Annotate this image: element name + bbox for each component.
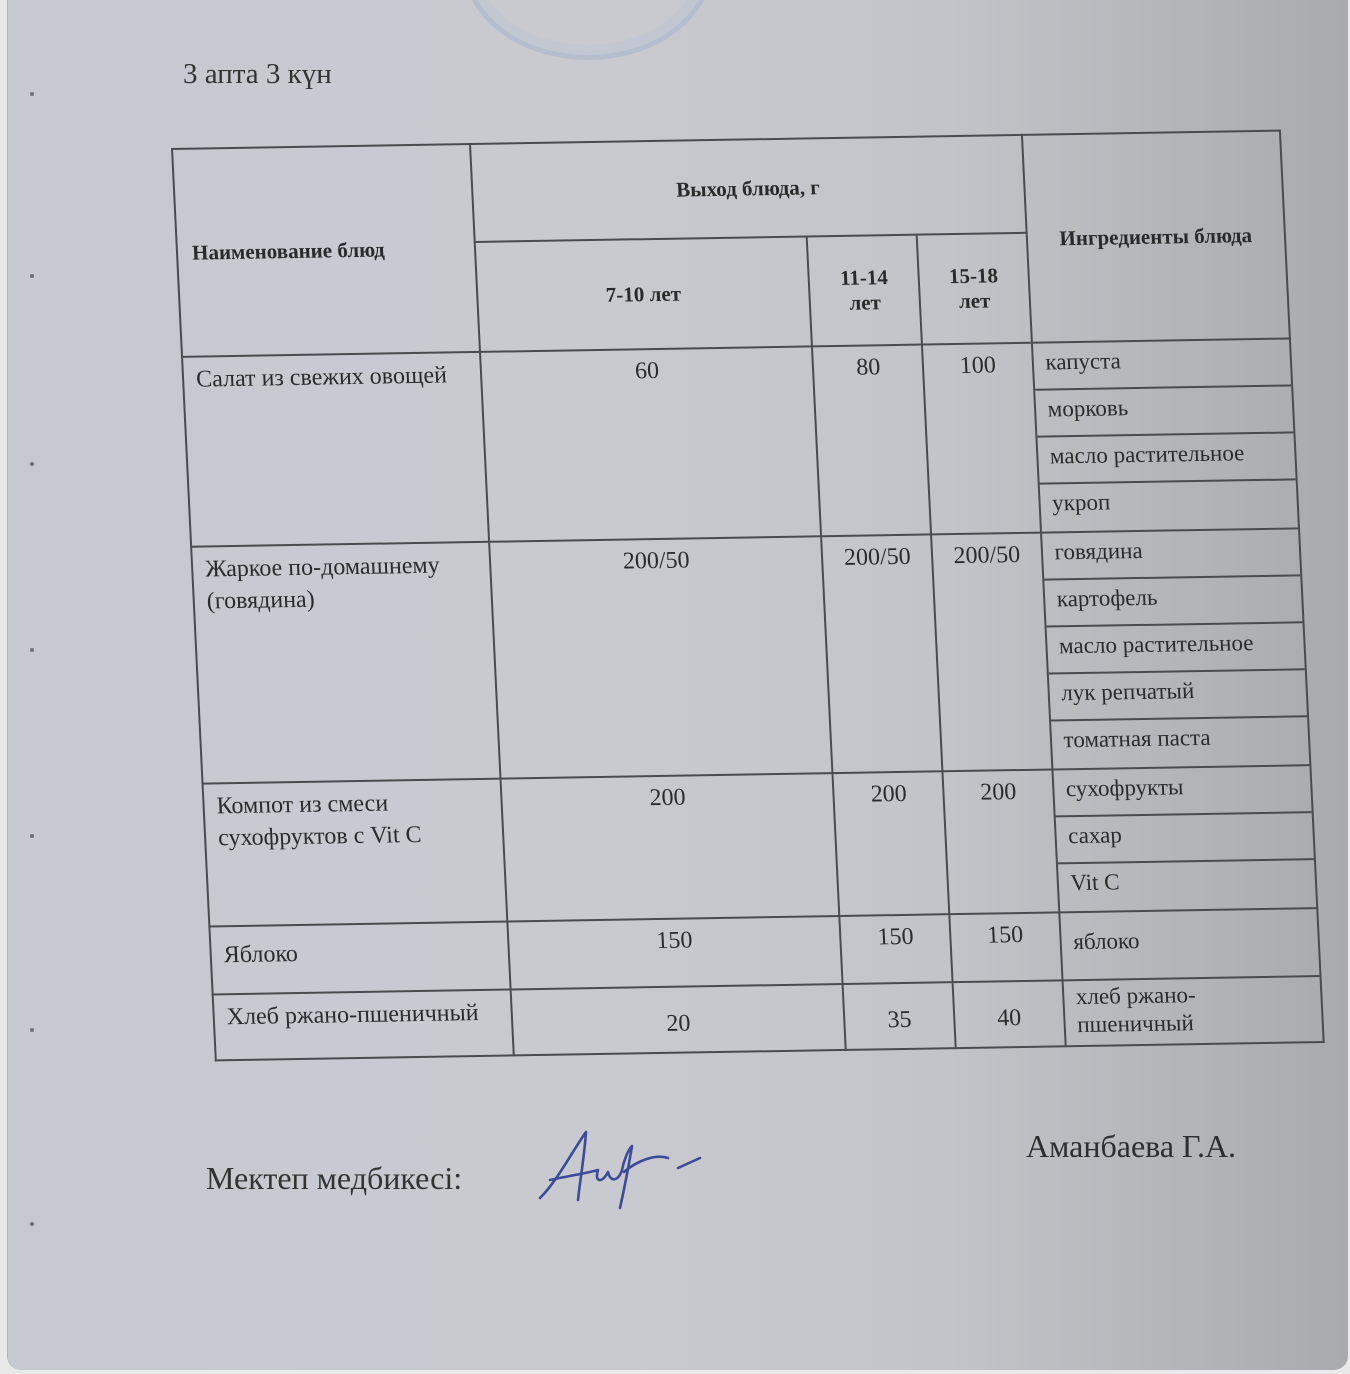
value-15-18: 100 — [922, 343, 1041, 535]
ingredient-item: картофель — [1044, 576, 1303, 627]
value-15-18: 150 — [949, 912, 1062, 982]
dish-name: Яблоко — [209, 922, 510, 995]
ingredient-list: яблоко — [1059, 908, 1321, 980]
value-11-14: 200 — [833, 771, 949, 916]
header-ingredients: Ингредиенты блюда — [1021, 131, 1289, 343]
table-row: Салат из свежих овощей 60 80 100 капуста… — [182, 338, 1299, 546]
ingredient-item: масло растительное — [1046, 623, 1305, 674]
menu-table: Наименование блюд Выход блюда, г Ингреди… — [171, 130, 1325, 1062]
ingredient-item: лук репчатый — [1048, 670, 1307, 721]
dish-name: Хлеб ржано-пшеничный — [213, 989, 514, 1060]
punch-hole-dot — [30, 1028, 34, 1032]
punch-hole-dot — [30, 1222, 34, 1226]
punch-hole-dot — [30, 834, 34, 838]
value-11-14: 80 — [812, 345, 931, 537]
value-7-10: 20 — [510, 984, 846, 1055]
document-photo: 3 апта 3 күн Наименование блюд Выход блю… — [8, 0, 1348, 1370]
dish-name: Жаркое по-домашнему (говядина) — [191, 542, 500, 784]
stamp-seal — [463, 0, 713, 60]
punch-hole-dot — [30, 648, 34, 652]
ingredient-item: хлеб ржано-пшеничный — [1063, 977, 1322, 1045]
ingredient-item: сахар — [1055, 813, 1314, 864]
signature-icon — [528, 1120, 708, 1210]
header-age-11-14: 11-14 лет — [807, 235, 922, 347]
value-11-14: 200/50 — [822, 534, 943, 773]
ingredient-item: яблоко — [1060, 909, 1319, 960]
ingredient-item: укроп — [1039, 480, 1298, 531]
header-output: Выход блюда, г — [470, 135, 1027, 242]
ingredient-list: хлеб ржано-пшеничный — [1062, 976, 1324, 1046]
value-7-10: 200 — [500, 773, 840, 921]
punch-hole-dot — [30, 92, 34, 96]
ingredient-item: томатная паста — [1051, 717, 1310, 768]
dish-name: Салат из свежих овощей — [182, 352, 489, 547]
punch-hole-dot — [30, 274, 34, 278]
header-dish-name: Наименование блюд — [172, 144, 480, 357]
value-11-14: 35 — [843, 982, 956, 1050]
ingredient-list: капуста морковь масло растительное укроп — [1031, 338, 1299, 532]
ingredient-item: Vit C — [1058, 860, 1317, 911]
value-15-18: 200/50 — [931, 533, 1052, 772]
ingredient-item: капуста — [1033, 339, 1292, 390]
header-row: Наименование блюд Выход блюда, г Ингреди… — [172, 131, 1285, 247]
value-7-10: 200/50 — [489, 536, 833, 778]
ingredient-list: говядина картофель масло растительное лу… — [1041, 528, 1311, 769]
dish-name: Компот из смеси сухофруктов с Vit C — [203, 779, 507, 927]
ingredient-item: масло растительное — [1037, 433, 1296, 484]
ingredient-item: говядина — [1042, 529, 1301, 580]
nurse-role-label: Мектеп медбикесі: — [206, 1160, 462, 1197]
ingredient-list: сухофрукты сахар Vit C — [1052, 765, 1317, 912]
value-15-18: 200 — [942, 769, 1058, 914]
header-age-15-18: 15-18 лет — [917, 233, 1032, 345]
ingredient-item: сухофрукты — [1053, 766, 1312, 817]
table-row: Жаркое по-домашнему (говядина) 200/50 20… — [191, 528, 1310, 783]
week-day-label: 3 апта 3 күн — [183, 58, 332, 91]
ingredient-item: морковь — [1035, 386, 1294, 437]
value-11-14: 150 — [840, 914, 953, 984]
punch-hole-dot — [30, 462, 34, 466]
header-age-7-10: 7-10 лет — [474, 236, 812, 351]
value-15-18: 40 — [953, 980, 1066, 1048]
signer-name: Аманбаева Г.А. — [1026, 1128, 1236, 1165]
value-7-10: 150 — [507, 916, 843, 989]
table-row: Компот из смеси сухофруктов с Vit C 200 … — [203, 765, 1318, 926]
value-7-10: 60 — [480, 346, 822, 541]
